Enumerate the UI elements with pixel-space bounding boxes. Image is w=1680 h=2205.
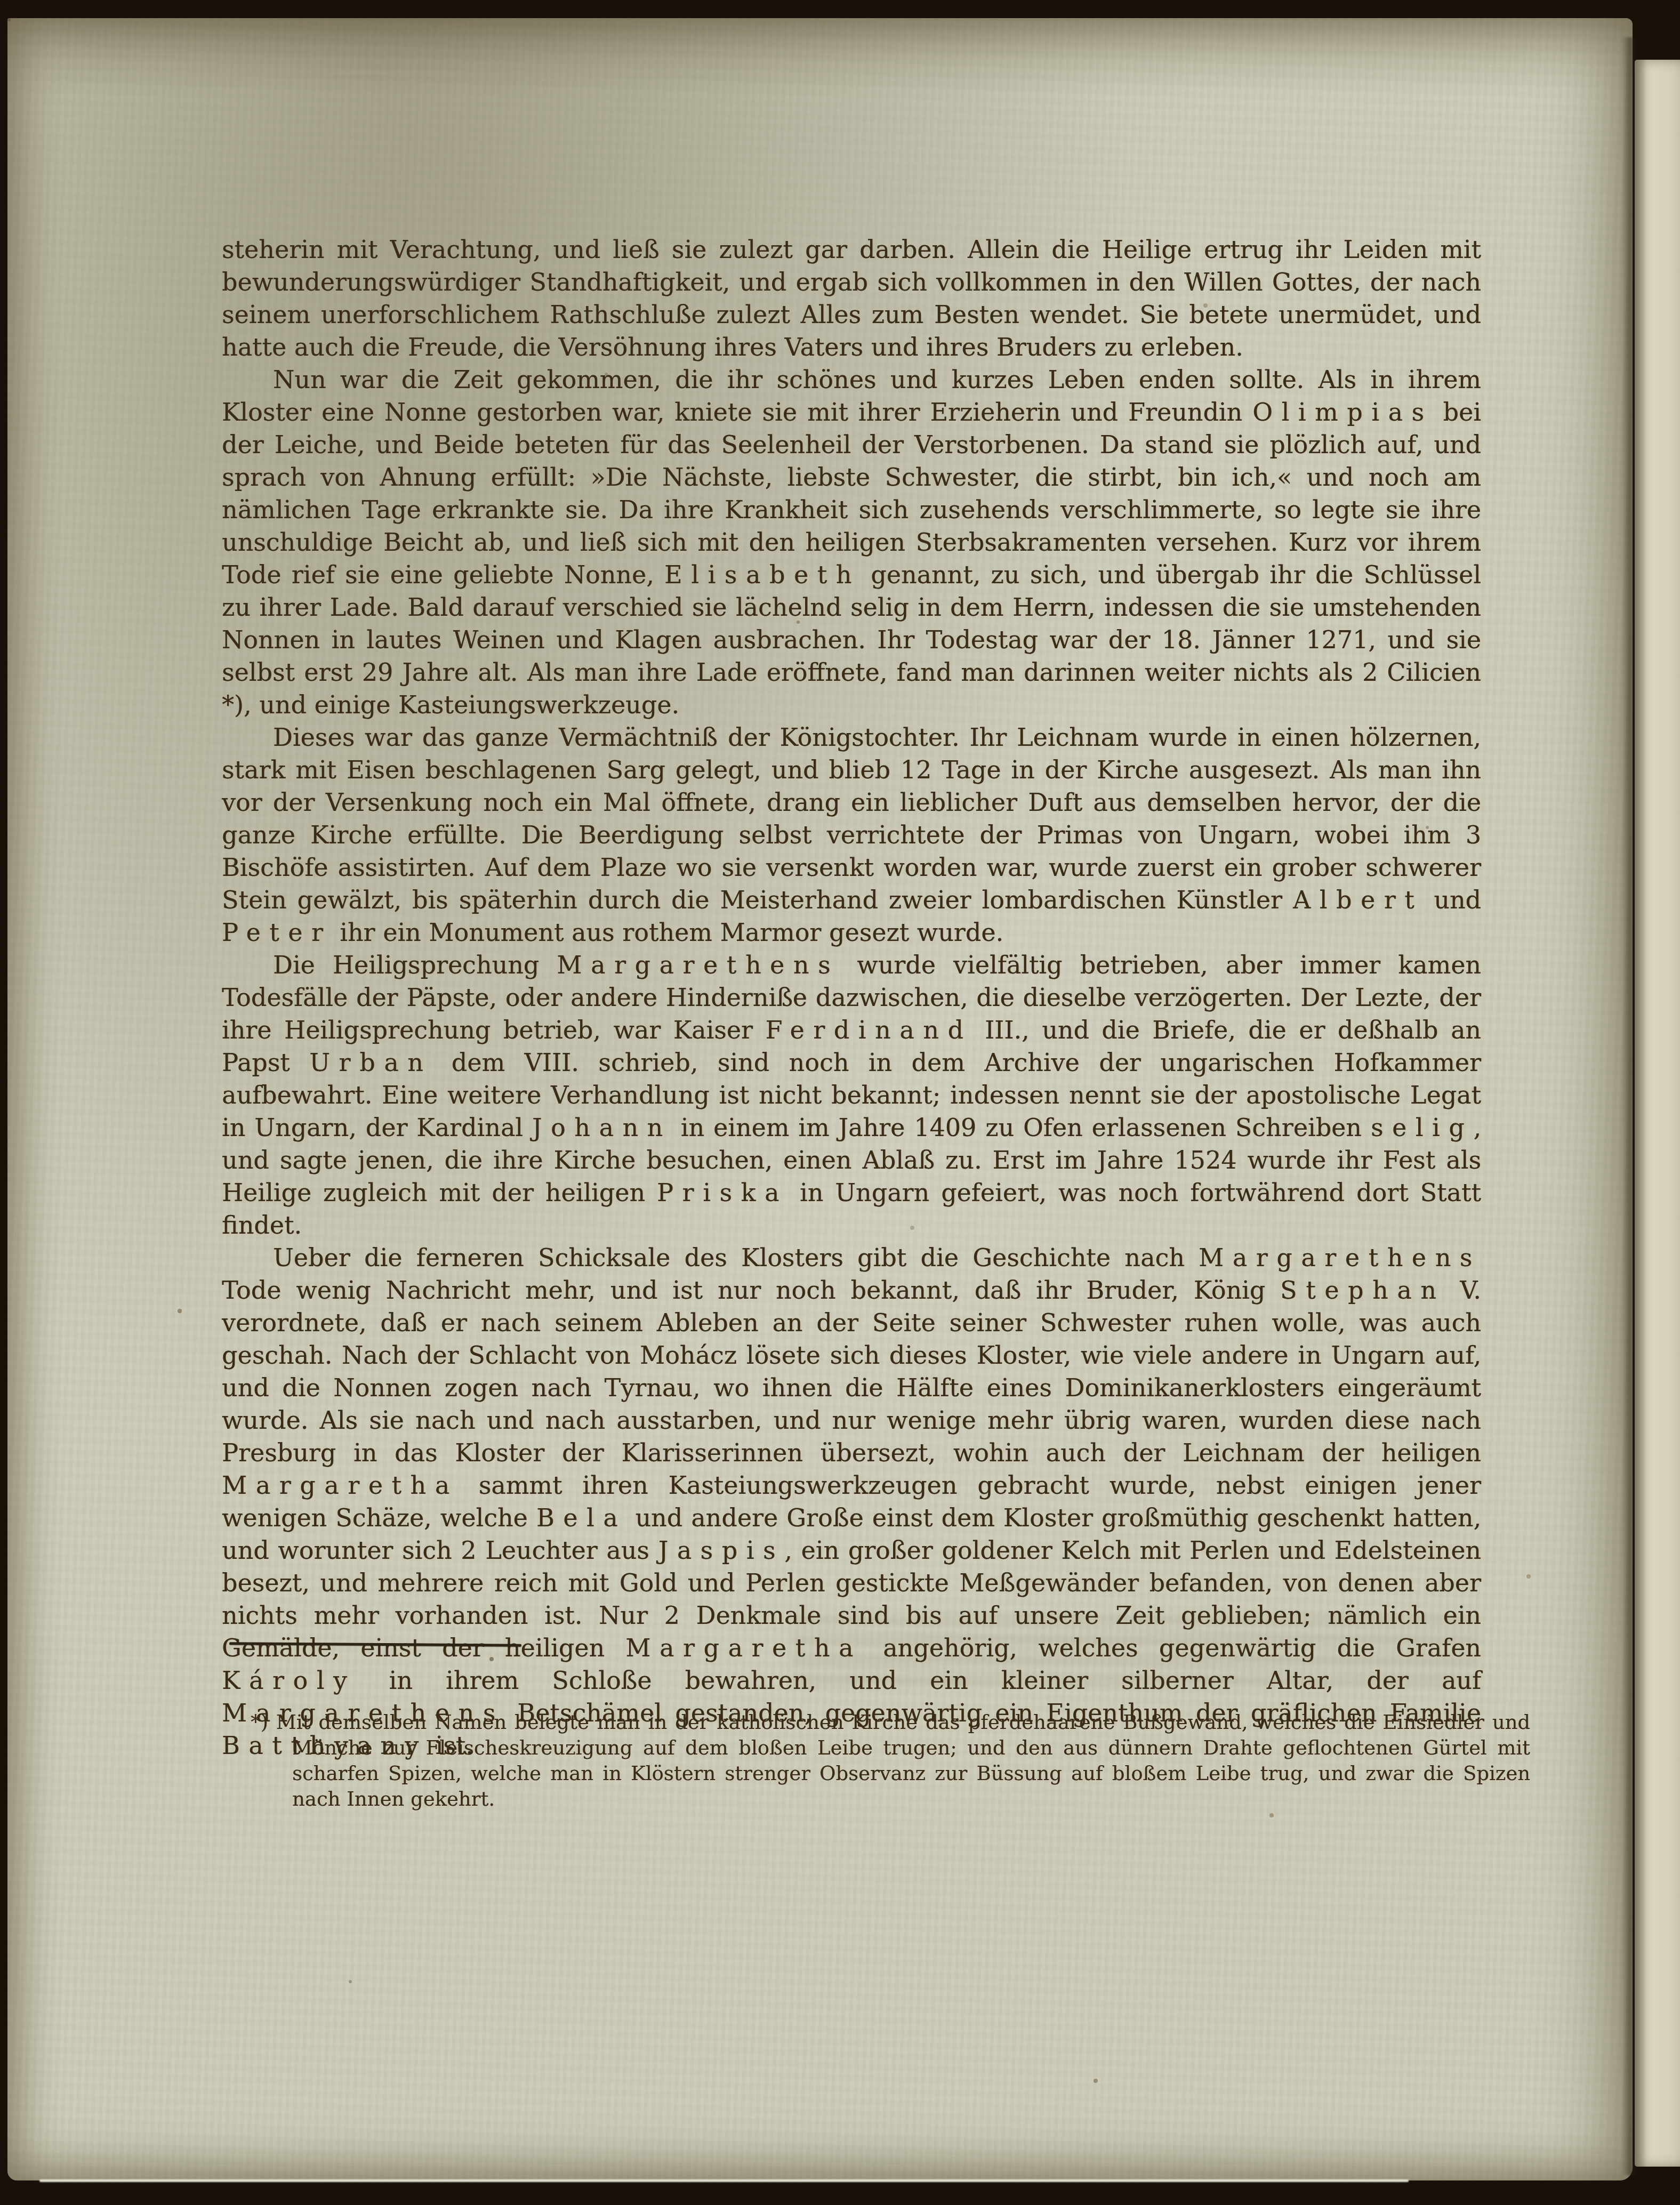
paragraph: Die Heiligsprechung Margarethens wurde v… xyxy=(222,949,1481,1242)
text-run: angehörig, welches gegenwärtig die Grafe… xyxy=(862,1633,1481,1662)
foxing-specks xyxy=(7,18,11,21)
letterspaced-name: selig xyxy=(1371,1113,1474,1142)
paragraph: Ueber die ferneren Schicksale des Kloste… xyxy=(222,1242,1481,1762)
paragraph: Nun war die Zeit gekommen, die ihr schön… xyxy=(222,364,1481,721)
main-text-block: steherin mit Verachtung, und ließ sie zu… xyxy=(222,234,1481,1762)
letterspaced-name: Margarethens xyxy=(1199,1243,1481,1272)
book-page: steherin mit Verachtung, und ließ sie zu… xyxy=(7,18,1633,2180)
letterspaced-name: Olimpias xyxy=(1252,398,1433,426)
footnote-marker: *) xyxy=(251,1711,268,1734)
letterspaced-name: Urban xyxy=(309,1048,432,1077)
adjacent-page-edge xyxy=(1635,60,1680,2167)
text-run: in einem im Jahre 1409 zu Ofen erlassene… xyxy=(672,1113,1371,1142)
letterspaced-name: Stephan xyxy=(1280,1276,1445,1305)
letterspaced-name: Ferdinand xyxy=(766,1016,972,1044)
letterspaced-name: Peter xyxy=(222,918,332,947)
text-run: Tode wenig Nachricht mehr, und ist nur n… xyxy=(222,1276,1280,1305)
text-run: steherin mit Verachtung, und ließ sie zu… xyxy=(222,235,1481,361)
text-run: ihr ein Monument aus rothem Marmor gesez… xyxy=(332,918,1003,947)
footnote-text: Mit demselben Namen belegte man in der k… xyxy=(276,1711,1530,1810)
letterspaced-name: Elisabeth xyxy=(664,560,861,589)
letterspaced-name: Johann xyxy=(532,1113,672,1142)
paragraph: steherin mit Verachtung, und ließ sie zu… xyxy=(222,234,1481,364)
text-run: Die Heiligsprechung xyxy=(273,951,557,979)
text-run: Dieses war das ganze Vermächtniß der Kön… xyxy=(222,723,1481,914)
letterspaced-name: Bela xyxy=(536,1503,626,1532)
text-run: und xyxy=(1423,886,1481,914)
letterspaced-name: Margarethens xyxy=(557,951,839,979)
letterspaced-name: Jaspis xyxy=(658,1536,785,1565)
letterspaced-name: Albert xyxy=(1293,886,1423,914)
paragraph: Dieses war das ganze Vermächtniß der Kön… xyxy=(222,721,1481,949)
page-gutter-shadow xyxy=(1622,37,1636,2175)
letterspaced-name: Margaretha xyxy=(625,1633,862,1662)
scanned-book-photo: steherin mit Verachtung, und ließ sie zu… xyxy=(0,0,1680,2205)
letterspaced-name: Margaretha xyxy=(222,1471,459,1500)
footnote: *) Mit demselben Namen belegte man in de… xyxy=(251,1710,1530,1812)
text-run: Ueber die ferneren Schicksale des Kloste… xyxy=(273,1243,1199,1272)
letterspaced-name: Priska xyxy=(657,1178,788,1207)
letterspaced-name: Károly xyxy=(222,1666,356,1695)
text-run: in ihrem Schloße bewahren, und ein klein… xyxy=(356,1666,1481,1695)
